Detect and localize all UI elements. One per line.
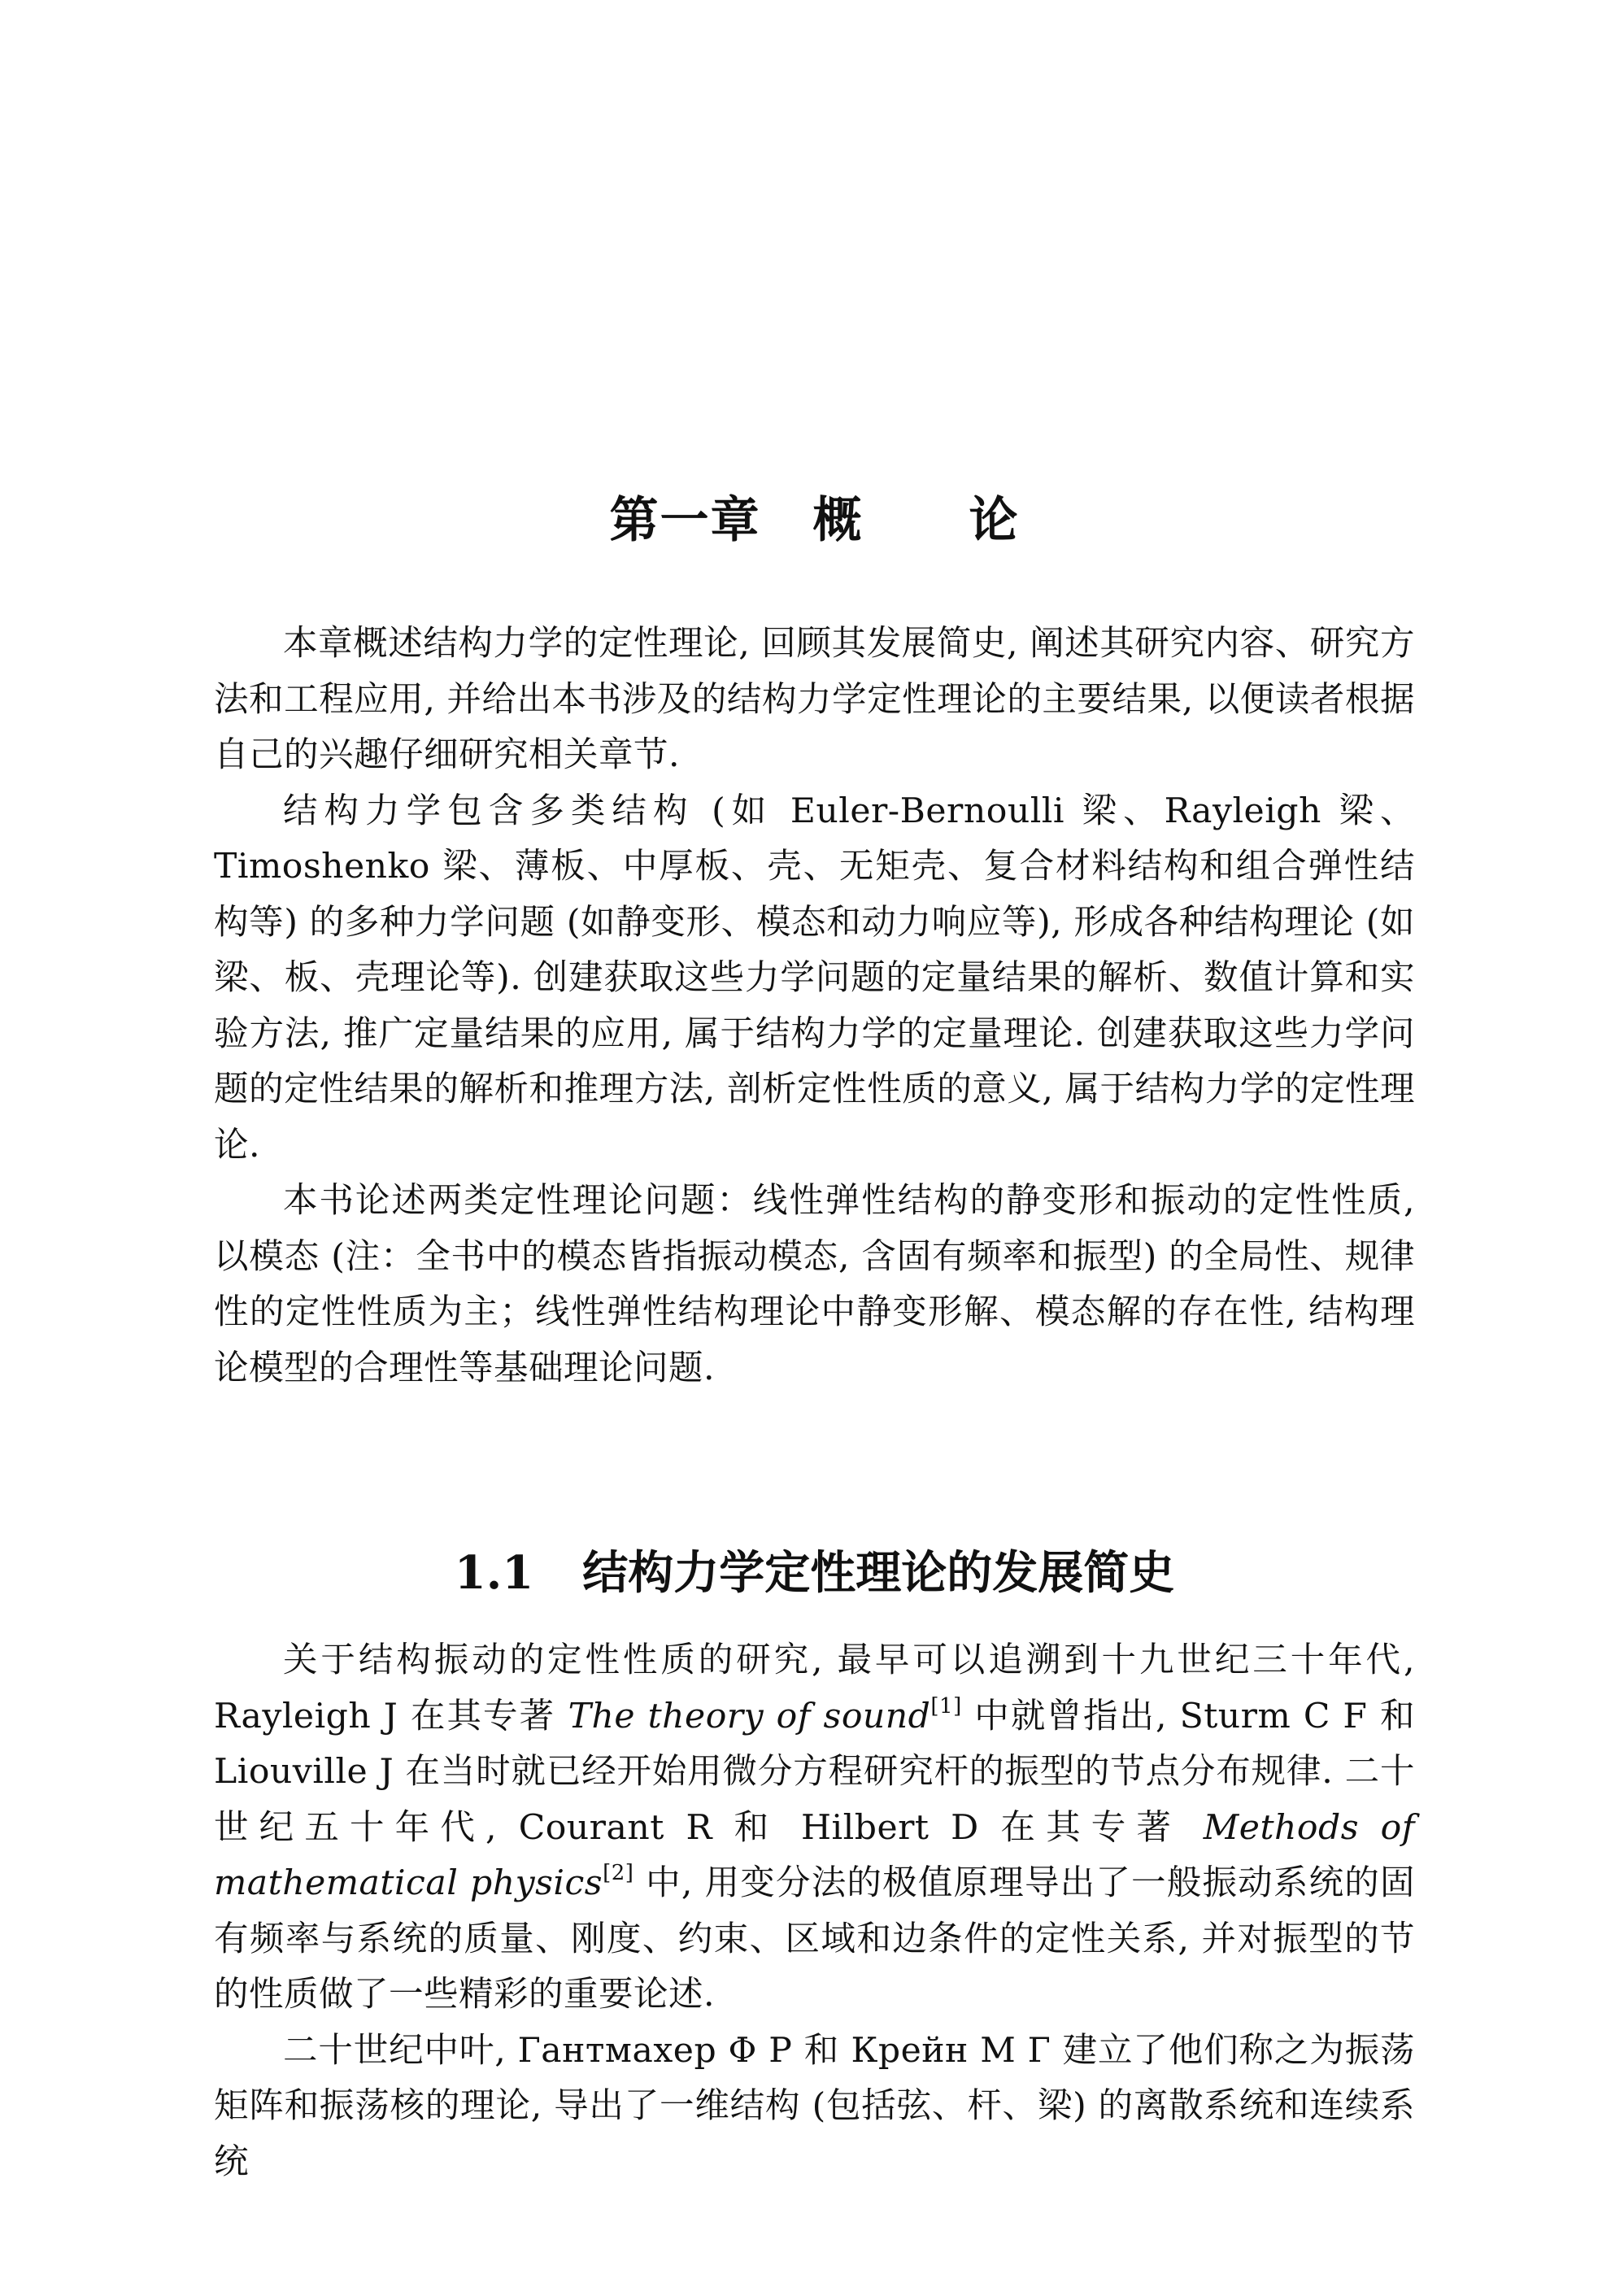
history-paragraph-1: 关于结构振动的定性性质的研究, 最早可以追溯到十九世纪三十年代, Rayleig…	[214, 1633, 1415, 2024]
chapter-title-part1: 概	[813, 492, 864, 549]
chapter-title: 第一章概论	[214, 488, 1415, 553]
citation-ref-2[interactable]: [2]	[603, 1861, 633, 1885]
chapter-title-part2: 论	[969, 492, 1020, 549]
citation-ref-1[interactable]: [1]	[930, 1694, 961, 1719]
history-paragraph-2: 二十世纪中叶, Гантмахер Φ Р 和 Крейн М Г 建立了他们称…	[214, 2024, 1415, 2191]
section-title-text: 结构力学定性理论的发展简史	[582, 1546, 1174, 1600]
chapter-intro: 本章概述结构力学的定性理论, 回顾其发展简史, 阐述其研究内容、研究方法和工程应…	[214, 616, 1415, 1396]
intro-paragraph-2: 结构力学包含多类结构 (如 Euler-Bernoulli 梁、Rayleigh…	[214, 784, 1415, 1174]
section-heading: 1.1结构力学定性理论的发展简史	[214, 1540, 1415, 1605]
intro-paragraph-3: 本书论述两类定性理论问题：线性弹性结构的静变形和振动的定性性质, 以模态 (注：…	[214, 1174, 1415, 1396]
section-body: 关于结构振动的定性性质的研究, 最早可以追溯到十九世纪三十年代, Rayleig…	[214, 1633, 1415, 2190]
chapter-number: 第一章	[610, 492, 761, 549]
book-title-theory-of-sound: The theory of sound	[568, 1697, 931, 1736]
section-number: 1.1	[455, 1546, 533, 1600]
intro-paragraph-1: 本章概述结构力学的定性理论, 回顾其发展简史, 阐述其研究内容、研究方法和工程应…	[214, 616, 1415, 784]
